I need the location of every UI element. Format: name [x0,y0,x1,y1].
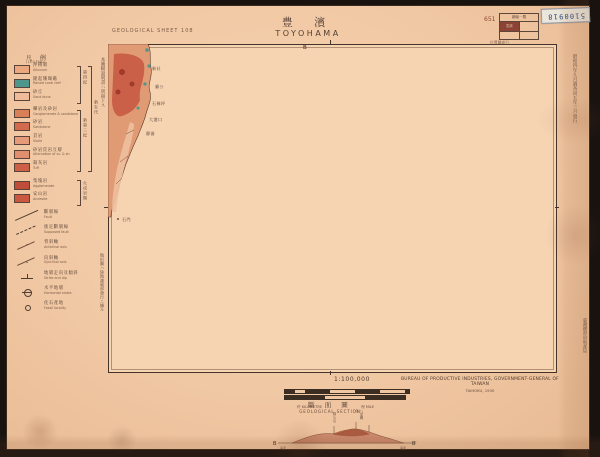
legend-symbol-text: 水平地層 Horizontal strata [44,287,72,295]
legend-color-swatch [14,92,30,101]
legend-unit-text: 砂岩頁岩互層 Alternation of ss. & sh. [33,149,71,157]
legend-unit-text: 隆起珊瑚礁 Raised coral reef [33,78,61,86]
index-current-sheet: 豊濱 [500,22,520,31]
legend-unit-row: 沖積層 Alluvium [14,64,86,78]
legend-color-swatch [14,181,30,190]
frame-tick-top [330,40,331,44]
scale-ratio: 1:100,000 [312,376,392,383]
legend-unit-text: 砂丘 Sand dune [33,91,51,99]
legend-group-label-cenozoic: 新生代 [93,100,99,140]
legend-group-label-igneous: 火成岩類 [82,181,88,206]
legend-group-brace [78,180,81,206]
legend-symbol-glyph [14,257,41,268]
legend-symbol-glyph [14,272,41,283]
map-frame-inner-line [111,47,554,370]
legend-unit-text: 集塊岩 Agglomerate [33,180,54,188]
legend-color-swatch [14,150,30,159]
index-cell [520,32,539,39]
adjoining-sheet-index: 圖幅一覽 豊濱 [499,13,539,40]
legend-color-swatch [14,65,30,74]
legend-color-swatch [14,79,30,88]
sea-level-label-left: 海面 [280,445,286,450]
legend-color-swatch [14,136,30,145]
legend-unit-row: 集塊岩 Agglomerate [14,180,86,194]
legend-symbol-row: 水平地層 Horizontal strata [14,287,94,302]
map-place-label: 靜浦 [146,131,155,137]
legend-unit-row: 砂岩頁岩互層 Alternation of ss. & sh. [14,149,86,163]
legend-color-swatch [14,122,30,131]
legend-unit-row: 礫岩及砂岩 Conglomerate & sandstone [14,108,86,122]
sea-level-label-right: 海面 [400,445,406,450]
legend-unit-text: 頁岩 Shale [33,135,43,143]
frame-tick-bottom [330,371,331,375]
legend-unit-row: 頁岩 Shale [14,135,86,149]
scanned-map-sheet: { "header": { "sheet_series": "GEOLOGICA… [0,0,600,457]
legend-unit-row: 隆起珊瑚礁 Raised coral reef [14,78,86,92]
sheet-title-japanese: 豊 濱 [238,14,378,30]
legend-symbol-text: 推定斷層線 Supposed fault [44,226,69,234]
catalog-number: 5100918 [546,11,584,20]
index-cell [500,32,520,39]
map-place-label: 貓公 [155,84,164,90]
svg-text:B′: B′ [412,441,417,447]
left-margin-note-top: 本圖幅說明書ハ別冊トス [99,57,105,137]
right-margin-publisher: 臺灣總督府殖產局 [581,318,587,374]
legend-symbol-text: 化石產地 Fossil locality [44,302,66,310]
legend-unit-row: 砂岩 Sandstone [14,121,86,135]
section-peak-label: 貓公山 [332,412,337,425]
legend-symbol-glyph [14,211,41,222]
legend-group-brace [78,110,81,172]
section-endpoint-marker: B [303,45,307,51]
legend-unit-row: 安山岩 Andesite [14,193,86,207]
left-margin-note-bottom: 地形圖ハ陸地測量部發行ニ據ル [99,253,105,319]
legend-symbol-glyph [14,302,41,313]
legend-color-swatch [14,163,30,172]
legend-color-swatch [14,194,30,203]
legend-unit-text: 砂岩 Sandstone [33,121,50,129]
legend-symbol-row: 化石產地 Fossil locality [14,302,94,317]
legend-unit-row: 凝灰岩 Tuff [14,162,86,176]
scale-bar-km [284,389,410,394]
sheet-number: 651 [484,16,495,23]
legend-color-swatch [14,109,30,118]
publisher-place-date: TAIHOKU, 1930 [398,388,562,393]
legend-unit-text: 安山岩 Andesite [33,193,48,201]
section-title-japanese: 斷 面 圖 [290,400,370,409]
right-margin-note-top: 昭和四年九月調查同五年三月發行 [571,54,577,142]
legend-group-brace [78,66,81,104]
legend-symbol-row: 地層走向及傾斜 Strike and dip [14,272,94,287]
legend-symbol-row: 斷層線 Fault [14,211,94,226]
legend-symbol-text: 地層走向及傾斜 Strike and dip [44,272,78,280]
legend-unit-text: 凝灰岩 Tuff [33,162,48,170]
geological-section-profile: B B′ 海面 海面 [272,417,422,451]
index-table-title: 圖幅一覽 [500,14,538,22]
legend-group-label-neogene: 新第三紀 [82,118,88,166]
map-place-label: 大港口 [149,117,163,123]
legend-symbol-glyph [14,241,41,252]
legend-symbol-glyph [14,287,41,298]
sheet-series-label: GEOLOGICAL SHEET 108 [112,28,194,34]
catalog-sticker: 5100918 [541,7,590,24]
publisher-imprint: BUREAU OF PRODUCTIVE INDUSTRIES, GOVERNM… [398,377,562,393]
map-place-label: 石梯坪 [152,101,166,107]
legend-symbol-glyph [14,226,41,237]
legend-symbol-row: 向斜軸 Synclinal axis [14,257,94,272]
legend-unit-text: 礫岩及砂岩 Conglomerate & sandstone [33,108,78,116]
section-peak-label: 八里灣山 [354,409,364,422]
map-frame [108,44,557,373]
map-place-label: 石門 [122,217,131,223]
legend-group-label-quaternary: 第四紀 [82,70,88,102]
sheet-title-romanized: TOYOHAMA [238,29,378,38]
index-cell [520,22,539,31]
legend-symbol-text: 斷層線 Fault [44,211,59,219]
legend-symbol-text: 背斜軸 Anticlinal axis [44,241,67,249]
svg-text:B: B [273,441,277,447]
legend-symbol-row: 背斜軸 Anticlinal axis [14,241,94,256]
legend-unit-row: 砂丘 Sand dune [14,91,86,105]
publisher-name: BUREAU OF PRODUCTIVE INDUSTRIES, GOVERNM… [398,377,562,387]
frame-tick-right [555,207,559,208]
legend-unit-text: 沖積層 Alluvium [33,64,48,72]
legend-symbol-text: 向斜軸 Synclinal axis [44,257,66,265]
map-place-label: 新社 [152,66,161,72]
index-caption: 位置圖索引 [490,40,546,46]
legend-group-brace [89,66,92,172]
